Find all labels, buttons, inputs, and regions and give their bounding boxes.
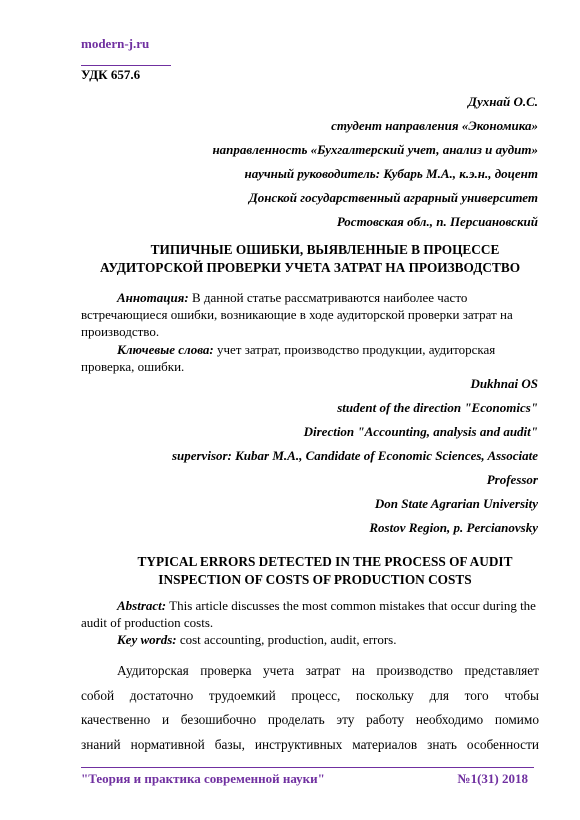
footer-rule	[81, 767, 534, 768]
author-status-en: student of the direction "Economics"	[172, 396, 538, 420]
author-location-en: Rostov Region, p. Percianovsky	[172, 516, 538, 540]
author-direction: направленность «Бухгалтерский учет, анал…	[212, 138, 538, 162]
body-line: знаний нормативной базы, инструктивных м…	[81, 733, 539, 758]
udk-code: УДК 657.6	[81, 67, 140, 83]
abstract-ru: Аннотация: В данной статье рассматривают…	[81, 289, 539, 340]
body-line: Аудиторская проверка учета затрат на про…	[81, 659, 539, 684]
author-supervisor-en-cont: Professor	[172, 468, 538, 492]
author-university: Донской государственный аграрный универс…	[212, 186, 538, 210]
body-line: качественно и безошибочно проделать эту …	[81, 708, 539, 733]
title-ru-line: ТИПИЧНЫЕ ОШИБКИ, ВЫЯВЛЕННЫЕ В ПРОЦЕССЕ	[70, 241, 550, 259]
author-supervisor: научный руководитель: Кубарь М.А., к.э.н…	[212, 162, 538, 186]
author-location: Ростовская обл., п. Персиановский	[212, 210, 538, 234]
keywords-ru: Ключевые слова: учет затрат, производств…	[81, 341, 539, 375]
article-title-en: TYPICAL ERRORS DETECTED IN THE PROCESS O…	[70, 553, 550, 589]
keywords-en-label: Key words:	[117, 632, 177, 647]
author-supervisor-en: supervisor: Kubar M.A., Candidate of Eco…	[172, 444, 538, 468]
author-university-en: Don State Agrarian University	[172, 492, 538, 516]
title-ru-line: АУДИТОРСКОЙ ПРОВЕРКИ УЧЕТА ЗАТРАТ НА ПРО…	[70, 259, 550, 277]
keywords-ru-label: Ключевые слова:	[117, 342, 214, 357]
abstract-en-label: Abstract:	[117, 598, 166, 613]
journal-name: "Теория и практика современной науки"	[81, 771, 325, 787]
keywords-en: Key words: cost accounting, production, …	[81, 631, 539, 648]
author-status: студент направления «Экономика»	[212, 114, 538, 138]
author-info-en: Dukhnai OS student of the direction "Eco…	[172, 372, 538, 540]
abstract-ru-label: Аннотация:	[117, 290, 189, 305]
author-direction-en: Direction "Accounting, analysis and audi…	[172, 420, 538, 444]
title-en-line: INSPECTION OF COSTS OF PRODUCTION COSTS	[70, 571, 550, 589]
body-line: собой достаточно трудоемкий процесс, пос…	[81, 684, 539, 709]
title-en-line: TYPICAL ERRORS DETECTED IN THE PROCESS O…	[70, 553, 550, 571]
issue-number: №1(31) 2018	[458, 771, 528, 787]
author-name: Духнай О.С.	[212, 90, 538, 114]
author-name-en: Dukhnai OS	[172, 372, 538, 396]
article-title-ru: ТИПИЧНЫЕ ОШИБКИ, ВЫЯВЛЕННЫЕ В ПРОЦЕССЕ А…	[70, 241, 550, 277]
site-url[interactable]: modern-j.ru	[81, 36, 149, 52]
header-rule	[81, 65, 171, 66]
abstract-en: Abstract: This article discusses the mos…	[81, 597, 539, 631]
keywords-en-text: cost accounting, production, audit, erro…	[177, 632, 397, 647]
author-info-ru: Духнай О.С. студент направления «Экономи…	[212, 90, 538, 234]
body-paragraph: Аудиторская проверка учета затрат на про…	[81, 659, 539, 757]
